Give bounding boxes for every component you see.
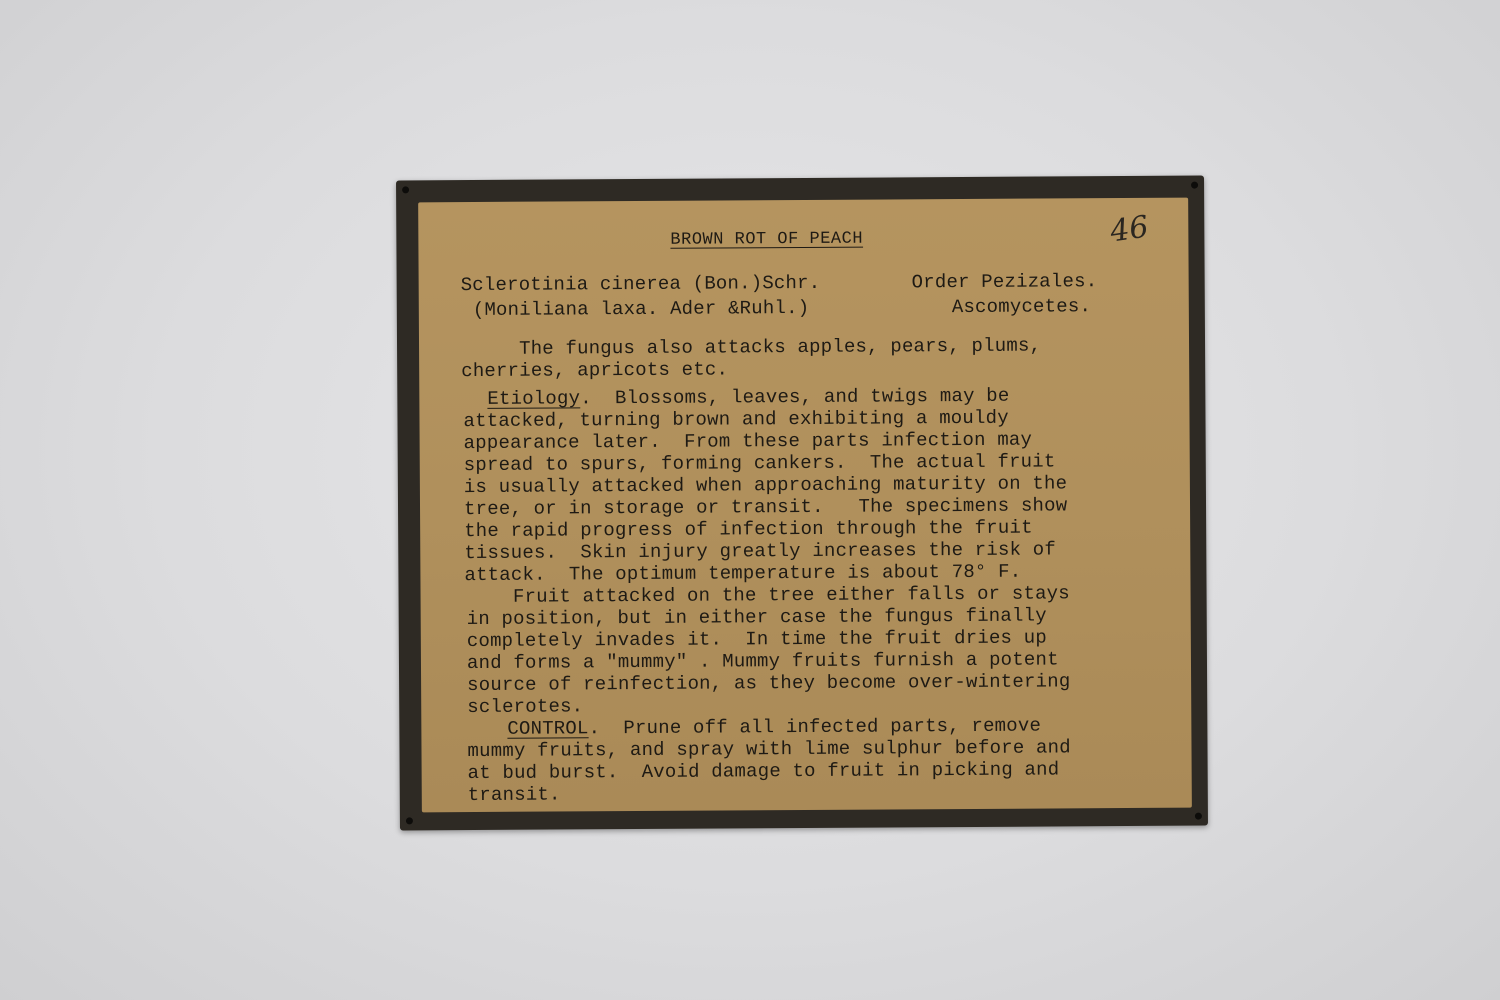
etiology-paragraph-start: Etiology. Blossoms, leaves, and twigs ma… bbox=[487, 385, 1009, 410]
handwritten-number: 46 bbox=[1108, 209, 1151, 249]
etiology-heading: Etiology bbox=[487, 387, 580, 410]
control-line: transit. bbox=[468, 783, 561, 806]
synonym-name: (Moniliana laxa. Ader &Ruhl.) bbox=[473, 297, 810, 321]
control-line: . Prune off all infected parts, remove bbox=[589, 715, 1042, 740]
control-paragraph-start: CONTROL. Prune off all infected parts, r… bbox=[507, 715, 1041, 740]
mounting-hole bbox=[402, 186, 409, 193]
mounted-label-frame: 46 BROWN ROT OF PEACH Sclerotinia cinere… bbox=[396, 176, 1208, 831]
mounting-hole bbox=[1195, 813, 1202, 820]
card-title: BROWN ROT OF PEACH bbox=[670, 230, 863, 250]
specimen-label-card: 46 BROWN ROT OF PEACH Sclerotinia cinere… bbox=[418, 198, 1192, 813]
intro-line: The fungus also attacks apples, pears, p… bbox=[461, 335, 1041, 361]
mounting-hole bbox=[406, 817, 413, 824]
etiology-line: source of reinfection, as they become ov… bbox=[467, 670, 1070, 696]
control-heading: CONTROL bbox=[507, 717, 588, 739]
class-name: Ascomycetes. bbox=[952, 295, 1091, 318]
species-name: Sclerotinia cinerea (Bon.)Schr. bbox=[461, 272, 821, 296]
etiology-line: sclerotes. bbox=[467, 695, 583, 718]
intro-line: cherries, apricots etc. bbox=[461, 358, 728, 382]
control-line: at bud burst. Avoid damage to fruit in p… bbox=[468, 758, 1060, 784]
order-name: Order Pezizales. bbox=[912, 270, 1098, 293]
mounting-hole bbox=[1191, 182, 1198, 189]
etiology-line: . Blossoms, leaves, and twigs may be bbox=[580, 385, 1009, 410]
